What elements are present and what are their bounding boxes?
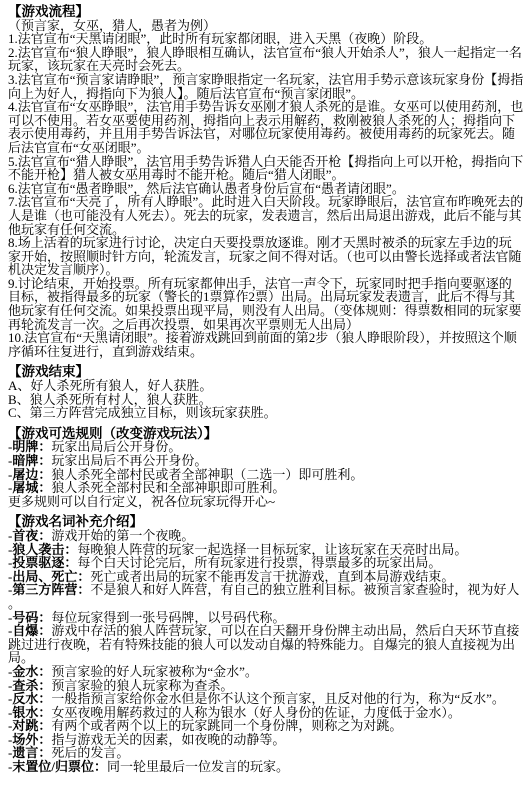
glossary-term-duitiao: -对跳：有两个或者两个以上的玩家跳同一个身份牌，则称之为对跳。 [8, 719, 524, 733]
rule-term-anpai: -暗牌：玩家出局后不再公开身份。 [8, 454, 524, 468]
glossary-term-yiyan: -遗言：死后的发言。 [8, 746, 524, 760]
end-condition-a: A、好人杀死所有狼人，好人获胜。 [8, 379, 524, 393]
rule-term-tubian: -屠边：狼人杀死全部村民或者全部神职（二选一）即可胜利。 [8, 468, 524, 482]
term-definition: 同一轮里最后一位发言的玩家。 [107, 759, 289, 774]
end-condition-c: C、第三方阵营完成独立目标，则该玩家获胜。 [8, 406, 524, 420]
flow-step-8: 8.场上活着的玩家进行讨论，决定白天要投票放逐谁。刚才天黑时被杀的玩家左手边的玩… [8, 236, 524, 277]
flow-step-2: 2.法官宣布“狼人睁眼”，狼人睁眼相互确认，法官宣布“狼人开始杀人”，狼人一起指… [8, 46, 524, 73]
flow-step-4: 4.法官宣布“女巫睁眼”，法官用手势告诉女巫刚才狼人杀死的是谁。女巫可以使用药剂… [8, 100, 524, 154]
section-title-game-flow: 【游戏流程】 [8, 5, 524, 19]
section-title-optional-rules: 【游戏可选规则（改变游戏玩法）】 [8, 427, 524, 441]
glossary-term-yinshui: -银水：女巫夜晚用解药救过的人称为银水（好人身份的佐证，力度低于金水）。 [8, 706, 524, 720]
section-game-end: 【游戏结束】 A、好人杀死所有狼人，好人获胜。 B、狼人杀死所有村人，狼人获胜。… [8, 365, 524, 419]
glossary-term-jinshui: -金水：预言家验的好人玩家被称为“金水”。 [8, 665, 524, 679]
glossary-term-shouye: -首夜：游戏开始的第一个夜晚。 [8, 529, 524, 543]
section-title-glossary: 【游戏名词补充介绍】 [8, 515, 524, 529]
werewolf-rules-document: 【游戏流程】 （预言家，女巫，猎人，愚者为例） 1.法官宣布“天黑请闭眼”，此时… [0, 0, 532, 785]
flow-intro: （预言家，女巫，猎人，愚者为例） [8, 19, 524, 33]
term-name: 第三方阵营： [12, 582, 90, 597]
glossary-term-toupiaoquzhu: -投票驱逐：每个白天讨论完后，所有玩家进行投票，得票最多的玩家出局。 [8, 556, 524, 570]
glossary-term-langrenxiji: -狼人袭击：每晚狼人阵营的玩家一起选择一目标玩家，让该玩家在天亮时出局。 [8, 543, 524, 557]
end-condition-b: B、狼人杀死所有村人，狼人获胜。 [8, 393, 524, 407]
term-name: 末置位/归票位： [12, 759, 107, 774]
section-glossary: 【游戏名词补充介绍】 -首夜：游戏开始的第一个夜晚。 -狼人袭击：每晚狼人阵营的… [8, 515, 524, 773]
flow-step-9: 9.讨论结束，开始投票。所有玩家都伸出手，法官一声令下，玩家同时把手指向要驱逐的… [8, 277, 524, 331]
glossary-term-changwai: -场外：指与游戏无关的因素，如夜晚的动静等。 [8, 733, 524, 747]
optional-rules-footer: 更多规则可以自行定义，祝各位玩家玩得开心~ [8, 495, 524, 509]
glossary-term-fanshui: -反水：一般指预言家给你金水但是你不认这个预言家，且反对他的行为，称为“反水”。 [8, 692, 524, 706]
glossary-term-chasha: -查杀：预言家验的狼人玩家称为查杀。 [8, 679, 524, 693]
glossary-term-mozhiwei: -末置位/归票位：同一轮里最后一位发言的玩家。 [8, 760, 524, 774]
rule-term-tucheng: -屠城：狼人杀死全部村民和全部神职即可胜利。 [8, 481, 524, 495]
section-optional-rules: 【游戏可选规则（改变游戏玩法）】 -明牌：玩家出局后公开身份。 -暗牌：玩家出局… [8, 427, 524, 509]
flow-step-3: 3.法官宣布“预言家请睁眼”，预言家睁眼指定一名玩家，法官用手势示意该玩家身份【… [8, 73, 524, 100]
flow-step-1: 1.法官宣布“天黑请闭眼”，此时所有玩家都闭眼，进入天黑（夜晚）阶段。 [8, 32, 524, 46]
term-definition: 狼人杀死全部村民和全部神职即可胜利。 [51, 480, 285, 495]
flow-step-5: 5.法官宣布“猎人睁眼”，法官用手势告诉猎人白天能否开枪【拇指向上可以开枪，拇指… [8, 155, 524, 182]
flow-step-10: 10.法官宣布“天黑请闭眼”。接着游戏跳回到前面的第2步（狼人睁眼阶段），并按照… [8, 331, 524, 358]
glossary-term-haoma: -号码：每位玩家得到一张号码牌，以号码代称。 [8, 611, 524, 625]
rule-term-mingpai: -明牌：玩家出局后公开身份。 [8, 440, 524, 454]
glossary-term-zibao: -自爆：游戏中存活的狼人阵营玩家，可以在白天翻开身份牌主动出局，然后白天环节直接… [8, 624, 524, 665]
glossary-term-chuju-siwang: -出局、死亡：死亡或者出局的玩家不能再发言干扰游戏，直到本局游戏结束。 [8, 570, 524, 584]
term-definition: 游戏中存活的狼人阵营玩家，可以在白天翻开身份牌主动出局，然后白天环节直接跳过进行… [8, 623, 519, 665]
section-game-flow: 【游戏流程】 （预言家，女巫，猎人，愚者为例） 1.法官宣布“天黑请闭眼”，此时… [8, 5, 524, 358]
flow-step-6: 6.法官宣布“愚者睁眼”，然后法官确认愚者身份后宣布“愚者请闭眼”。 [8, 182, 524, 196]
section-title-game-end: 【游戏结束】 [8, 365, 524, 379]
flow-step-7: 7.法官宣布“天亮了，所有人睁眼”。此时进入白天阶段。玩家睁眼后，法官宣布昨晚死… [8, 195, 524, 236]
glossary-term-disanfang: -第三方阵营：不是狼人和好人阵营，有自己的独立胜利目标。被预言家查验时，视为好人… [8, 583, 524, 610]
term-name: 屠城： [12, 480, 51, 495]
